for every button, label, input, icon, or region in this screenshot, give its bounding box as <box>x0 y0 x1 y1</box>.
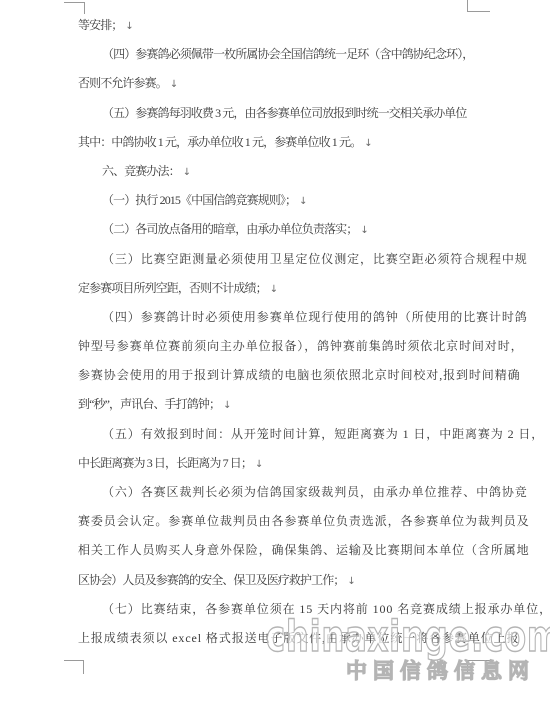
line-text: （二）各司放点备用的暗章，由承办单位负责落实； <box>102 222 357 236</box>
line-text: 中长距离赛为 3 日，长距离为 7 日； <box>78 456 252 470</box>
line-text: 到“秒”，声讯台、手打鸽钟； <box>78 397 220 411</box>
text-line: 否则不允许参赛。↓ <box>78 69 527 98</box>
line-text: 赛委员会认定。参赛单位裁判员由各参赛单位负责选派，各参赛单位为裁判员及 <box>78 514 530 528</box>
text-line: 相关工作人员购买人身意外保险，确保集鸽、运输及比赛期间本单位（含所属地 <box>78 536 527 565</box>
text-line: （三）比赛空距测量必须使用卫星定位仪测定，比赛空距必须符合规程中规 <box>78 245 527 274</box>
text-line: 到“秒”，声讯台、手打鸽钟；↓ <box>78 390 527 419</box>
line-break-mark: ↓ <box>360 225 368 236</box>
line-text: （五）参赛鸽每羽收费 3 元，由各参赛单位司放报到时统一交相关承办单位 <box>102 106 467 120</box>
line-break-mark: ↓ <box>170 79 178 90</box>
text-line: 中长距离赛为 3 日，长距离为 7 日；↓ <box>78 449 527 478</box>
line-text: 相关工作人员购买人身意外保险，确保集鸽、运输及比赛期间本单位（含所属地 <box>78 543 530 557</box>
text-line: 六、竞赛办法：↓ <box>78 157 527 186</box>
line-break-mark: ↓ <box>125 21 133 32</box>
line-break-mark: ↓ <box>255 459 263 470</box>
text-line: 其中：中鸽协收 1 元，承办单位收 1 元，参赛单位收 1 元。↓ <box>78 128 527 157</box>
text-line: （五）参赛鸽每羽收费 3 元，由各参赛单位司放报到时统一交相关承办单位 <box>78 99 527 128</box>
text-line: （四）参赛鸽计时必须使用参赛单位现行使用的鸽钟（所使用的比赛计时鸽 <box>78 303 527 332</box>
line-text: 参赛协会使用的用于报到计算成绩的电脑也须依照北京时间校对,报到时间精确 <box>78 368 521 382</box>
document-page: 等安排；↓（四）参赛鸽必须佩带一枚所属协会全国信鸽统一足环（含中鸽协纪念环），否… <box>0 0 550 724</box>
crop-mark-bottom-left <box>64 660 84 674</box>
line-text: 否则不允许参赛。 <box>78 76 167 90</box>
line-text: 六、竞赛办法： <box>102 164 180 178</box>
watermark-site-name: 中国信鸽信息网 <box>346 659 535 683</box>
text-line: 赛委员会认定。参赛单位裁判员由各参赛单位负责选派，各参赛单位为裁判员及 <box>78 507 527 536</box>
text-line: （五）有效报到时间：从开笼时间计算，短距离赛为 1 日，中距离赛为 2 日， <box>78 420 527 449</box>
line-break-mark: ↓ <box>183 167 191 178</box>
line-text: （三）比赛空距测量必须使用卫星定位仪测定，比赛空距必须符合规程中规 <box>102 252 528 266</box>
watermark-site-url: chinaxinge.com <box>266 617 550 657</box>
line-text: 其中：中鸽协收 1 元，承办单位收 1 元，参赛单位收 1 元。 <box>78 135 361 149</box>
text-line: （四）参赛鸽必须佩带一枚所属协会全国信鸽统一足环（含中鸽协纪念环）， <box>78 40 527 69</box>
line-break-mark: ↓ <box>364 138 372 149</box>
text-line: 区协会）人员及参赛鸽的安全、保卫及医疗救护工作；↓ <box>78 566 527 595</box>
line-text: （五）有效报到时间：从开笼时间计算，短距离赛为 1 日，中距离赛为 2 日， <box>102 427 544 441</box>
line-break-mark: ↓ <box>223 400 231 411</box>
line-text: （四）参赛鸽计时必须使用参赛单位现行使用的鸽钟（所使用的比赛计时鸽 <box>102 310 528 324</box>
text-line: 等安排；↓ <box>78 11 527 40</box>
line-text: 钟型号参赛单位赛前须向主办单位报备），鸽钟赛前集鸽时须依北京时间对时， <box>78 339 524 353</box>
line-text: （一）执行 2015《中国信鸽竞赛规则》； <box>102 193 296 207</box>
line-text: （四）参赛鸽必须佩带一枚所属协会全国信鸽统一足环（含中鸽协纪念环）， <box>102 47 473 61</box>
line-text: 定参赛项目所列空距，否则不计成绩； <box>78 281 267 295</box>
text-line: 参赛协会使用的用于报到计算成绩的电脑也须依照北京时间校对,报到时间精确 <box>78 361 527 390</box>
line-text: （六）各赛区裁判长必须为信鸽国家级裁判员，由承办单位推荐、中鸽协竞 <box>102 485 528 499</box>
line-break-mark: ↓ <box>270 284 278 295</box>
text-line: 钟型号参赛单位赛前须向主办单位报备），鸽钟赛前集鸽时须依北京时间对时， <box>78 332 527 361</box>
line-text: 等安排； <box>78 18 122 32</box>
line-break-mark: ↓ <box>299 196 307 207</box>
line-text: 区协会）人员及参赛鸽的安全、保卫及医疗救护工作； <box>78 573 344 587</box>
text-line: 定参赛项目所列空距，否则不计成绩；↓ <box>78 274 527 303</box>
text-line: （六）各赛区裁判长必须为信鸽国家级裁判员，由承办单位推荐、中鸽协竞 <box>78 478 527 507</box>
text-line: （二）各司放点备用的暗章，由承办单位负责落实；↓ <box>78 215 527 244</box>
document-text: 等安排；↓（四）参赛鸽必须佩带一枚所属协会全国信鸽统一足环（含中鸽协纪念环），否… <box>78 11 527 653</box>
text-line: （一）执行 2015《中国信鸽竞赛规则》；↓ <box>78 186 527 215</box>
line-break-mark: ↓ <box>347 576 355 587</box>
